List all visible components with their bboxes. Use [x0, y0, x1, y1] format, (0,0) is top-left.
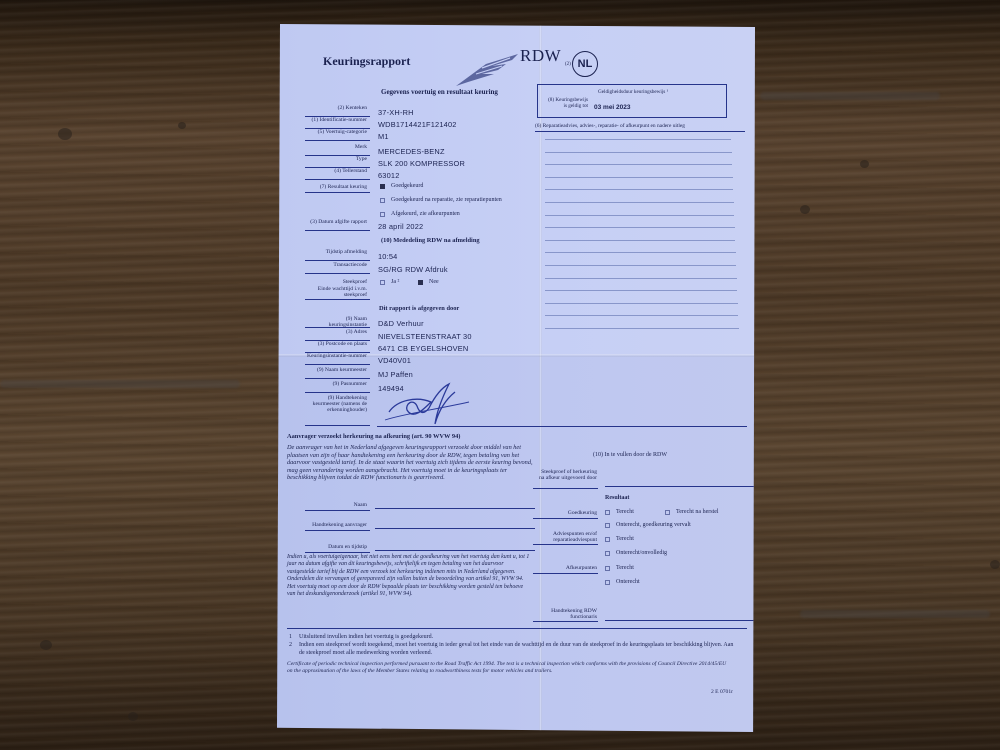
rdw-wordmark: RDW [520, 46, 561, 66]
footnote-number: 1 [289, 634, 292, 642]
option-label: Goedgekeurd na reparatie, zie reparatiep… [391, 197, 502, 203]
sample-option[interactable]: Nee [418, 279, 439, 285]
issuer-field-value: 6471 CB EYGELSHOVEN [378, 344, 468, 353]
advice-line[interactable] [545, 177, 733, 178]
rdw-signature-label: Handtekening RDW functionaris [535, 608, 597, 620]
performed-by-label: Steekproef of herkeuring na afkeur uitge… [535, 469, 597, 481]
rdw-logo-icon [452, 52, 522, 88]
option-label: Ja ² [391, 279, 399, 285]
advice-line[interactable] [545, 265, 736, 266]
advice-points-label: Adviespunten en/of reparatieadviespunt [535, 531, 597, 543]
checkbox-icon[interactable] [605, 566, 610, 571]
label-underline [305, 273, 370, 274]
rejection-points-label: Afkeurpunten [535, 565, 597, 571]
label-underline [305, 530, 370, 531]
vehicle-field-label: Type [307, 156, 367, 162]
label-underline [305, 299, 370, 300]
waiting-time-label: Einde wachttijd i.v.m. steekproef [307, 286, 367, 298]
advice-option[interactable]: Onterecht/onvolledig [605, 550, 667, 556]
notification-time-value: 10:54 [378, 252, 398, 261]
transaction-code-value: SG/RG RDW Afdruk [378, 265, 448, 274]
vehicle-field-label: (5) Voertuig-categorie [307, 129, 367, 135]
requester-signature-label: Handtekening aanvrager [307, 522, 367, 528]
advice-option[interactable]: Terecht [605, 536, 634, 542]
inspection-report-paper: Keuringsrapport RDW (2) NL Gegevens voer… [277, 24, 755, 732]
advice-line[interactable] [545, 227, 735, 228]
checkbox-icon[interactable] [605, 537, 610, 542]
label-underline [305, 230, 370, 231]
footnote-text: Uitsluitend invullen indien het voertuig… [299, 634, 739, 642]
advice-line[interactable] [545, 252, 736, 253]
option-label: Nee [429, 279, 439, 285]
vehicle-field-label: (4) Tellerstand [307, 168, 367, 174]
option-label: Onterecht, goedkeuring vervalt [616, 522, 691, 528]
result-heading: Resultaat [605, 495, 629, 501]
document-title: Keuringsrapport [323, 54, 410, 69]
label-underline [305, 192, 370, 193]
vehicle-field-value: M1 [378, 132, 389, 141]
checkbox-icon[interactable] [665, 510, 670, 515]
advice-line[interactable] [545, 215, 734, 216]
label-underline [305, 552, 370, 553]
option-label: Onterecht [616, 579, 640, 585]
issuer-field-value: NIEVELSTEENSTRAAT 30 [378, 332, 472, 341]
checkbox-icon[interactable] [605, 523, 610, 528]
issuer-field-value: 149494 [378, 384, 404, 393]
label-underline [305, 364, 370, 365]
result-option[interactable]: Goedgekeurd na reparatie, zie reparatiep… [380, 197, 502, 203]
requester-name-field[interactable] [375, 508, 535, 509]
checked-box-icon[interactable] [380, 184, 385, 189]
checkbox-icon[interactable] [605, 510, 610, 515]
label-underline [533, 621, 598, 622]
option-label: Terecht [616, 536, 634, 542]
approval-option[interactable]: Terecht [605, 509, 634, 515]
certificate-note: Certificate of periodic technical inspec… [287, 661, 727, 675]
approval-option[interactable]: Onterecht, goedkeuring vervalt [605, 522, 691, 528]
advice-line[interactable] [545, 139, 731, 140]
rdw-section-heading: (10) In te vullen door de RDW [593, 452, 667, 460]
issuer-heading: Dit rapport is afgegeven door [379, 305, 459, 312]
advice-line[interactable] [545, 328, 739, 329]
label-underline [305, 510, 370, 511]
issuer-field-label: Keuringsinstantie-nummer [307, 353, 367, 359]
sample-option[interactable]: Ja ² [380, 279, 399, 285]
issuer-field-value: MJ Paffen [378, 370, 413, 379]
vehicle-field-value: 37-XH-RH [378, 108, 414, 117]
checkbox-icon[interactable] [380, 198, 385, 203]
approval-option[interactable]: Terecht na herstel [665, 509, 719, 515]
label-underline [305, 327, 370, 328]
vehicle-field-value: SLK 200 KOMPRESSOR [378, 159, 465, 168]
label-underline [533, 544, 598, 545]
reinspection-heading: Aanvrager verzoekt herkeuring na afkeuri… [287, 433, 460, 440]
vehicle-section-heading: Gegevens voertuig en resultaat keuring [381, 88, 498, 96]
issuer-field-label: (3) Adres [307, 329, 367, 335]
approval-label: Goedkeuring [535, 510, 597, 516]
reinspection-intro: De aanvrager van het in Nederland afgege… [287, 444, 533, 482]
vehicle-field-value: MERCEDES-BENZ [378, 147, 445, 156]
vehicle-field-label: (2) Kenteken [307, 105, 367, 111]
footer-divider [287, 628, 747, 629]
option-label: Terecht [616, 565, 634, 571]
advice-line[interactable] [545, 152, 732, 153]
vehicle-field-label: Merk [307, 144, 367, 150]
inspector-signature-label: (9) Handtekening keurmeester (namens de … [307, 395, 367, 413]
advice-line[interactable] [545, 240, 735, 241]
advice-line[interactable] [545, 189, 733, 190]
option-label: Onterecht/onvolledig [616, 550, 667, 556]
label-underline [305, 140, 370, 141]
vehicle-field-label: (1) Identificatie-nummer [307, 117, 367, 123]
label-underline [305, 260, 370, 261]
option-label: Terecht na herstel [676, 509, 719, 515]
checked-box-icon[interactable] [418, 280, 423, 285]
country-badge: NL [572, 51, 598, 77]
advice-line[interactable] [545, 278, 737, 279]
advice-line[interactable] [545, 202, 734, 203]
owner-note: Indien u, als voertuigeigenaar, het niet… [287, 554, 533, 598]
wood-knot [860, 160, 869, 168]
issuer-field-value: VD40V01 [378, 356, 411, 365]
label-underline [533, 488, 598, 489]
request-datetime-field[interactable] [375, 550, 535, 551]
validity-box: Geldigheidsduur keuringsbewijs ¹ (8) Keu… [537, 84, 727, 118]
issue-date-label: (3) Datum afgifte rapport [307, 219, 367, 225]
validity-label: (8) Keuringsbewijs is geldig tot [544, 97, 588, 109]
performed-by-field[interactable] [605, 486, 755, 487]
checkbox-icon[interactable] [605, 580, 610, 585]
option-label: Afgekeurd, zie afkeurpunten [391, 211, 460, 217]
transaction-code-label: Transactiecode [307, 262, 367, 268]
wood-stain [800, 610, 990, 618]
wood-knot [40, 640, 52, 650]
issue-date-value: 28 april 2022 [378, 222, 423, 231]
signature-line [377, 426, 747, 427]
advice-line[interactable] [545, 315, 738, 316]
label-underline [305, 378, 370, 379]
footnote-text: Indien een steekproef wordt toegekend, m… [299, 642, 739, 657]
issuer-field-value: D&D Verhuur [378, 319, 424, 328]
rejection-option[interactable]: Terecht [605, 565, 634, 571]
advice-heading: (6) Reparatieadvies, advies-, reparatie-… [535, 123, 745, 132]
rdw-signature-field[interactable] [605, 620, 755, 621]
advice-line[interactable] [545, 164, 732, 165]
wood-knot [128, 712, 138, 721]
notification-time-label: Tijdstip afmelding [307, 249, 367, 255]
wood-knot [58, 128, 72, 140]
checkbox-icon[interactable] [605, 551, 610, 556]
result-label: (7) Resultaat keuring [307, 184, 367, 190]
form-code: 2 E 0701r [711, 689, 733, 695]
notification-heading: (10) Mededeling RDW na afmelding [381, 237, 480, 244]
result-option[interactable]: Afgekeurd, zie afkeurpunten [380, 211, 460, 217]
label-underline [533, 518, 598, 519]
checkbox-icon[interactable] [380, 212, 385, 217]
option-label: Goedgekeurd [391, 183, 423, 189]
footnote-number: 2 [289, 642, 292, 650]
wood-knot [178, 122, 186, 129]
issuer-field-label: (9) Naam keurmeester [307, 367, 367, 373]
checkbox-icon[interactable] [380, 280, 385, 285]
advice-line[interactable] [545, 303, 738, 304]
validity-heading: Geldigheidsduur keuringsbewijs ¹ [598, 89, 668, 95]
vehicle-field-value: WDB1714421F121402 [378, 120, 457, 129]
issuer-field-label: (3) Postcode en plaats [307, 341, 367, 347]
wood-stain [760, 92, 940, 100]
label-underline [305, 179, 370, 180]
requester-signature-field[interactable] [375, 528, 535, 529]
wood-knot [990, 560, 1000, 569]
rejection-option[interactable]: Onterecht [605, 579, 640, 585]
sample-label: Steekproef [307, 279, 367, 285]
wood-knot [800, 205, 810, 214]
label-underline [305, 392, 370, 393]
request-datetime-label: Datum en tijdstip [307, 544, 367, 550]
label-underline [305, 425, 370, 426]
vehicle-field-value: 63012 [378, 171, 400, 180]
advice-line[interactable] [545, 290, 737, 291]
country-footnote: (2) [565, 62, 571, 67]
option-label: Terecht [616, 509, 634, 515]
requester-name-label: Naam [307, 502, 367, 508]
result-option[interactable]: Goedgekeurd [380, 183, 423, 189]
issuer-field-label: (9) Pasnummer [307, 381, 367, 387]
label-underline [533, 573, 598, 574]
validity-date: 03 mei 2023 [594, 104, 631, 111]
wood-stain [0, 380, 240, 388]
